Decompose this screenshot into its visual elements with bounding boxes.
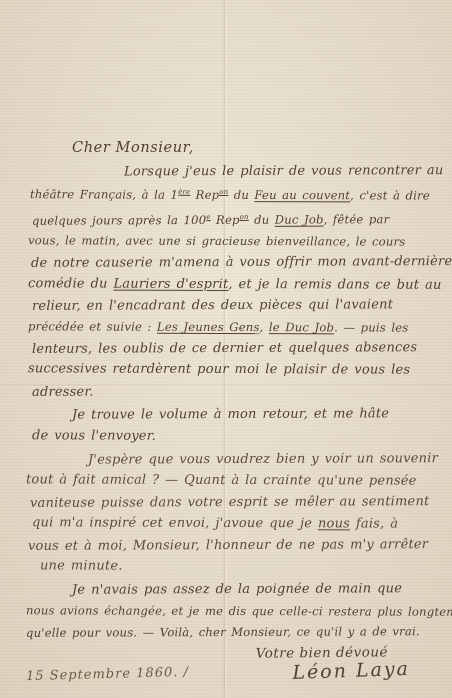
- text-segment: Je trouve le volume à mon retour, et me …: [72, 407, 389, 423]
- letter-line: vous, le matin, avec une si gracieuse bi…: [26, 230, 440, 253]
- letter-salutation: Cher Monsieur,: [72, 140, 440, 156]
- text-segment: qui m'a inspiré cet envoi, j'avoue que j…: [32, 516, 318, 532]
- letter-sheet: Cher Monsieur, Lorsque j'eus le plaisir …: [0, 0, 452, 698]
- text-segment: Lorsque j'eus le plaisir de vous rencont…: [124, 163, 444, 179]
- underlined-text: Duc Job: [275, 212, 324, 226]
- letter-line: qu'elle pour vous. — Voilà, cher Monsieu…: [26, 621, 440, 644]
- text-segment: fais, à: [350, 517, 398, 532]
- text-segment: du: [228, 188, 254, 202]
- text-segment: ère: [178, 188, 190, 196]
- text-segment: vous et à moi, Monsieur, l'honneur de ne…: [28, 537, 428, 554]
- text-segment: on: [240, 213, 249, 221]
- underlined-text: Lauriers d'esprit: [113, 276, 228, 291]
- letter-paragraph: J'espère que vous voudrez bien y voir un…: [26, 449, 440, 577]
- underlined-text: le Duc Job: [269, 320, 334, 334]
- letter-line: successives retardèrent pour moi le plai…: [26, 359, 440, 382]
- letter-line: vaniteuse puisse dans votre esprit se mê…: [26, 491, 440, 514]
- letter-line: J'espère que vous voudrez bien y voir un…: [26, 448, 440, 471]
- text-segment: Je n'avais pas assez de la poignée de ma…: [72, 582, 402, 598]
- text-segment: du: [249, 212, 275, 226]
- text-segment: qu'elle pour vous. — Voilà, cher Monsieu…: [26, 624, 420, 640]
- text-segment: , fêtée par: [324, 212, 390, 226]
- letter-line: Lorsque j'eus le plaisir de vous rencont…: [26, 160, 440, 183]
- text-segment: comédie du: [28, 276, 114, 291]
- text-segment: successives retardèrent pour moi le plai…: [28, 362, 410, 378]
- letter-line: de notre causerie m'amena à vous offrir …: [26, 251, 440, 274]
- underlined-text: nous: [318, 517, 350, 532]
- letter-body: Lorsque j'eus le plaisir de vous rencont…: [26, 161, 440, 644]
- text-segment: . — puis les: [334, 320, 408, 334]
- text-segment: nous avions échangée, et je me dis que c…: [26, 603, 452, 619]
- letter-paragraph: Je trouve le volume à mon retour, et me …: [26, 404, 440, 447]
- letter-line: une minute.: [26, 555, 440, 578]
- text-segment: Rep: [211, 213, 240, 227]
- text-segment: , c'est à dire: [350, 189, 430, 203]
- text-segment: vaniteuse puisse dans votre esprit se mê…: [30, 494, 430, 511]
- text-segment: J'espère que vous voudrez bien y voir un…: [88, 451, 438, 468]
- letter-line: tout à fait amical ? — Quant à la craint…: [26, 470, 440, 493]
- letter-line: qui m'a inspiré cet envoi, j'avoue que j…: [26, 512, 440, 535]
- text-segment: , et je la remis dans ce but au: [228, 277, 441, 293]
- text-segment: ,: [260, 320, 269, 334]
- text-segment: précédée et suivie :: [28, 319, 157, 333]
- letter-line: adresser.: [26, 380, 440, 403]
- underlined-text: Les Jeunes Gens: [157, 319, 260, 333]
- letter-paragraph: Je n'avais pas assez de la poignée de ma…: [26, 579, 440, 643]
- text-segment: relieur, en l'encadrant des deux pièces …: [32, 297, 393, 314]
- letter-line: précédée et suivie : Les Jeunes Gens, le…: [26, 316, 440, 339]
- letter-scan-page: { "appearance": { "paper_color": "#e9dfc…: [0, 0, 452, 698]
- letter-line: Je n'avais pas assez de la poignée de ma…: [26, 579, 440, 602]
- letter-line: comédie du Lauriers d'esprit, et je la r…: [26, 273, 440, 296]
- letter-line: de vous l'envoyer.: [26, 425, 440, 448]
- text-segment: lenteurs, les oublis de ce dernier et qu…: [32, 340, 417, 357]
- letter-line: nous avions échangée, et je me dis que c…: [26, 600, 440, 623]
- text-segment: vous, le matin, avec une si gracieuse bi…: [28, 233, 405, 248]
- letter-line: lenteurs, les oublis de ce dernier et qu…: [26, 337, 440, 360]
- letter-line: relieur, en l'encadrant des deux pièces …: [26, 294, 440, 317]
- text-segment: de vous l'envoyer.: [32, 428, 156, 443]
- letter-line: théâtre Français, à la 1ère Repon du Feu…: [26, 182, 440, 208]
- text-segment: une minute.: [40, 558, 123, 573]
- text-segment: tout à fait amical ? — Quant à la craint…: [26, 473, 417, 489]
- letter-line: Je trouve le volume à mon retour, et me …: [26, 403, 440, 426]
- text-segment: théâtre Français, à la 1: [30, 188, 178, 203]
- text-segment: quelques jours après la 100: [32, 213, 206, 228]
- underlined-text: Feu au couvent: [254, 188, 350, 202]
- letter-paragraph: Lorsque j'eus le plaisir de vous rencont…: [26, 161, 440, 402]
- text-segment: Rep: [190, 188, 219, 202]
- letter-line: vous et à moi, Monsieur, l'honneur de ne…: [26, 534, 440, 557]
- text-segment: adresser.: [32, 384, 94, 399]
- letter-line: quelques jours après la 100e Repon du Du…: [26, 206, 440, 232]
- text-segment: de notre causerie m'amena à vous offrir …: [31, 254, 452, 271]
